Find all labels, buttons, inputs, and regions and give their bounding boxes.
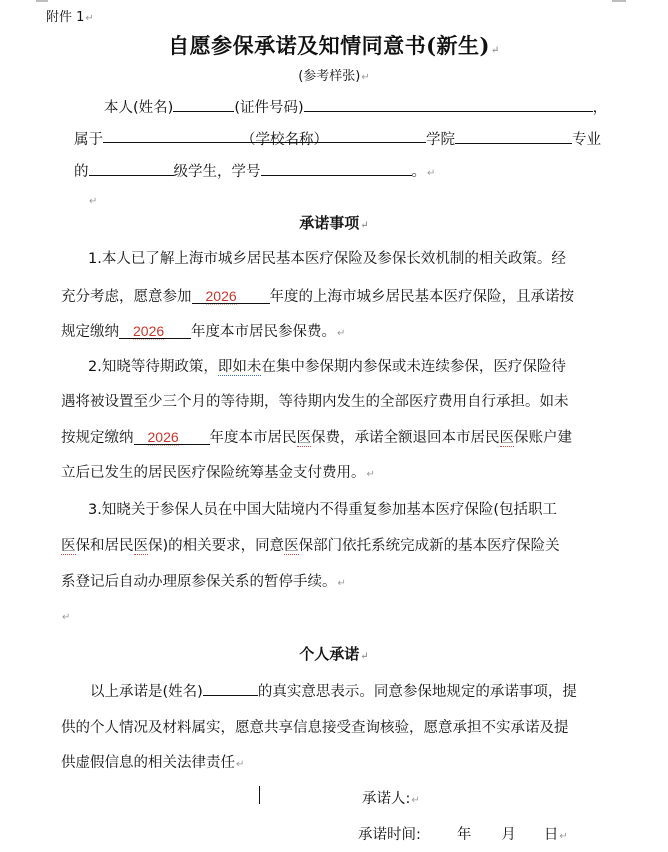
section-heading-personal-commitment: 个人承诺↵ bbox=[0, 643, 668, 664]
item3-line3: 系登记后自动办理原参保关系的暂停手续。↵ bbox=[61, 570, 346, 591]
attachment-label: 附件 1↵ bbox=[46, 6, 94, 25]
spell-flagged-text: 医 bbox=[500, 430, 515, 447]
item3-line2: 医保和居民医保)的相关要求，同意医保部门依托系统完成新的基本医疗保险关 bbox=[61, 534, 560, 555]
school-name-hint: （学校名称） bbox=[241, 132, 328, 148]
item1-line1: 1.本人已了解上海市城乡居民基本医疗保险及参保长效机制的相关政策。经 bbox=[88, 247, 566, 268]
payment-year-field[interactable]: 2026 bbox=[119, 324, 191, 339]
of-label: 的 bbox=[74, 164, 89, 180]
date-line: 承诺时间:年月日↵ bbox=[358, 823, 568, 844]
item2-line2: 遇将被设置至少三个月的等待期，等待期内发生的全部医疗费用自行承担。如未 bbox=[61, 390, 569, 411]
spell-flagged-text: 医 bbox=[284, 538, 299, 555]
item1-line3: 规定缴纳2026年度本市居民参保费。↵ bbox=[61, 320, 345, 341]
major-label: 专业 bbox=[572, 132, 601, 148]
comma: ， bbox=[593, 100, 608, 116]
document-title: 自愿参保承诺及知情同意书(新生)↵ bbox=[0, 30, 668, 60]
paragraph-mark-icon: ↵ bbox=[427, 168, 435, 179]
college-label: 学院 bbox=[426, 132, 455, 148]
text: 年度本市居民参保费。 bbox=[191, 324, 336, 340]
paragraph-mark-icon: ↵ bbox=[85, 13, 93, 24]
paragraph-mark-icon: ↵ bbox=[360, 220, 368, 231]
item2-line1: 2.知晓等待期政策，即如未在集中参保期内参保或未连续参保，医疗保险待 bbox=[88, 355, 566, 376]
identity-line-1: 本人(姓名)(证件号码)， bbox=[104, 96, 607, 117]
paragraph-mark-icon: ↵ bbox=[491, 45, 500, 56]
personal-line2: 供的个人情况及材料属实，愿意共享信息接受查询核验，愿意承担不实承诺及提 bbox=[61, 716, 569, 737]
page-corner-mark-left bbox=[36, 0, 48, 2]
year-value: 2026 bbox=[206, 288, 237, 305]
personal-line3: 供虚假信息的相关法律责任↵ bbox=[61, 751, 244, 772]
id-number-blank[interactable] bbox=[304, 97, 593, 112]
text: 保部门依托系统完成新的基本医疗保险关 bbox=[299, 538, 560, 554]
text: 保和居民 bbox=[76, 538, 134, 554]
identity-line-2: 属于（学校名称）学院专业 bbox=[74, 128, 601, 149]
paragraph-mark-icon: ↵ bbox=[89, 196, 97, 207]
text: 规定缴纳 bbox=[61, 324, 119, 340]
college-blank[interactable] bbox=[455, 129, 572, 144]
day-label: 日 bbox=[544, 827, 559, 843]
text: 保账户建 bbox=[514, 430, 572, 446]
page-corner-mark-right bbox=[612, 0, 626, 2]
student-id-blank[interactable] bbox=[261, 161, 412, 176]
item3-line1: 3.知晓关于参保人员在中国大陆境内不得重复参加基本医疗保险(包括职工 bbox=[88, 498, 557, 519]
text: 充分考虑，愿意参加 bbox=[61, 289, 192, 305]
spell-flagged-text: 医 bbox=[297, 430, 312, 447]
paragraph-mark-icon: ↵ bbox=[62, 612, 70, 623]
paragraph-mark-icon: ↵ bbox=[367, 469, 375, 480]
paragraph-mark-icon: ↵ bbox=[361, 72, 369, 83]
grade-student-id-label: 级学生，学号 bbox=[174, 164, 261, 180]
text: 以上承诺是(姓名) bbox=[90, 684, 203, 700]
text-cursor bbox=[259, 786, 260, 804]
text: 年度本市居民 bbox=[210, 430, 297, 446]
spell-flagged-text: 医 bbox=[134, 538, 149, 555]
section-heading-commitments: 承诺事项↵ bbox=[0, 212, 668, 233]
paragraph-mark-icon: ↵ bbox=[411, 795, 419, 806]
paragraph-mark-icon: ↵ bbox=[360, 651, 368, 662]
identity-line-3: 的级学生，学号。↵ bbox=[74, 160, 435, 181]
text: 按规定缴纳 bbox=[61, 430, 134, 446]
signer-line: 承诺人:↵ bbox=[362, 787, 420, 808]
item1-line2: 充分考虑，愿意参加2026年度的上海市城乡居民基本医疗保险，且承诺按 bbox=[61, 285, 574, 306]
item2-line3: 按规定缴纳2026年度本市居民医保费，承诺全额退回本市居民医保账户建 bbox=[61, 426, 572, 447]
grade-blank[interactable] bbox=[89, 161, 174, 176]
signer-label: 承诺人: bbox=[362, 791, 410, 807]
year-value: 2026 bbox=[133, 323, 164, 340]
belong-label: 属于 bbox=[74, 132, 103, 148]
paragraph-mark-icon: ↵ bbox=[236, 759, 244, 770]
text: 保)的相关要求，同意 bbox=[148, 538, 284, 554]
item2-line4: 立后已发生的居民医疗保险统筹基金支付费用。↵ bbox=[61, 461, 375, 482]
year-label: 年 bbox=[457, 827, 472, 843]
participation-year-field[interactable]: 2026 bbox=[192, 289, 270, 304]
paragraph-mark-icon: ↵ bbox=[337, 328, 345, 339]
school-blank[interactable]: （学校名称） bbox=[103, 128, 426, 143]
year-value: 2026 bbox=[148, 429, 179, 446]
month-label: 月 bbox=[501, 827, 516, 843]
document-subtitle: (参考样张)↵ bbox=[0, 65, 668, 84]
name-blank[interactable] bbox=[173, 97, 234, 112]
signer-name-blank[interactable] bbox=[203, 681, 258, 696]
period: 。 bbox=[412, 164, 427, 180]
text: 2.知晓等待期政策， bbox=[88, 359, 218, 375]
fee-year-field[interactable]: 2026 bbox=[134, 430, 210, 445]
spell-flagged-text: 医 bbox=[61, 538, 76, 555]
text: 保费，承诺全额退回本市居民 bbox=[311, 430, 500, 446]
paragraph-mark-icon: ↵ bbox=[559, 831, 567, 842]
date-label: 承诺时间: bbox=[358, 827, 421, 843]
text: 的真实意思表示。同意参保地规定的承诺事项，提 bbox=[258, 684, 577, 700]
grammar-flagged-text: 即如未 bbox=[218, 359, 262, 376]
id-label: (证件号码) bbox=[234, 100, 303, 116]
personal-line1: 以上承诺是(姓名)的真实意思表示。同意参保地规定的承诺事项，提 bbox=[90, 680, 577, 701]
name-label: 本人(姓名) bbox=[104, 100, 173, 116]
text: 在集中参保期内参保或未连续参保，医疗保险待 bbox=[261, 359, 566, 375]
text: 年度的上海市城乡居民基本医疗保险，且承诺按 bbox=[270, 289, 575, 305]
paragraph-mark-icon: ↵ bbox=[338, 578, 346, 589]
